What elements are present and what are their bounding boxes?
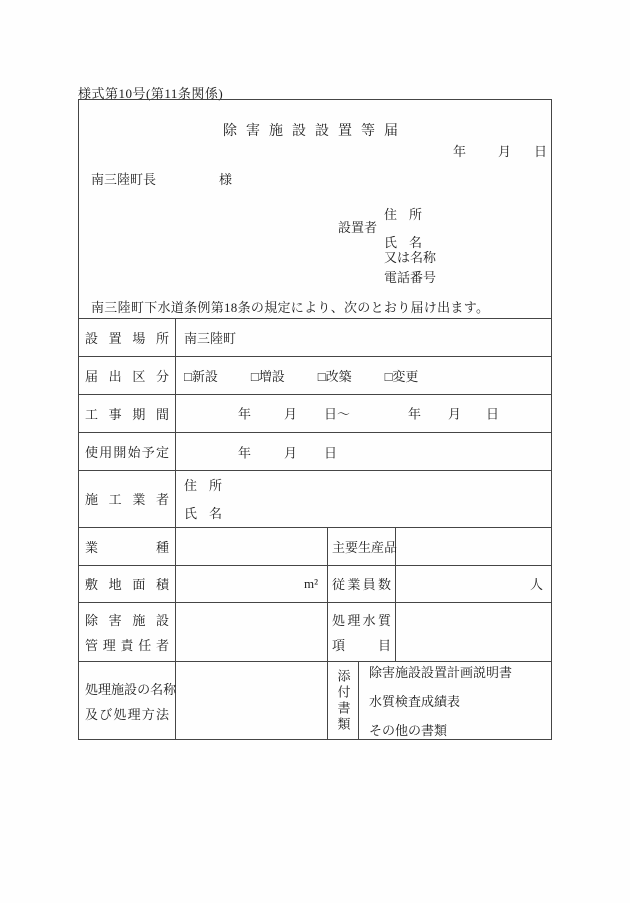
submission-date-line: 年 月 日	[79, 141, 551, 157]
applicant-phone-line: 電話番号	[384, 267, 436, 286]
site-area-value-cell: m²	[176, 566, 328, 603]
row-category: 届出区分 □新設 □増設 □改築 □変更	[79, 356, 551, 394]
start-use-label: 使用開始予定	[85, 442, 169, 461]
category-options-cell: □新設 □増設 □改築 □変更	[176, 357, 551, 394]
period-end-day: 日	[486, 404, 499, 423]
employees-label: 従業員数	[332, 574, 391, 593]
location-value-cell: 南三陸町	[176, 319, 551, 356]
start-use-month: 月	[284, 442, 297, 461]
manager-label-line1: 除害施設	[85, 610, 169, 629]
treatment-label-cell: 処理施設の名称 及び処理方法	[79, 662, 176, 739]
checkbox-option-expand: □増設	[251, 366, 285, 385]
employees-value-cell: 人	[396, 566, 551, 603]
attachments-label: 添付書類	[334, 669, 353, 733]
site-area-label: 敷地面積	[85, 574, 169, 593]
row-construction-period: 工事期間 年 月 日～ 年 月 日	[79, 394, 551, 433]
start-use-value-cell: 年 月 日	[176, 433, 551, 470]
main-product-label: 主要生産品	[332, 537, 391, 556]
applicant-label: 設置者	[338, 217, 377, 236]
start-use-day: 日	[324, 442, 337, 461]
period-value-cell: 年 月 日～ 年 月 日	[176, 395, 551, 433]
row-industry: 業種 主要生産品	[79, 527, 551, 565]
date-day-label: 日	[534, 141, 547, 160]
applicant-address-label: 住所	[384, 204, 422, 223]
attachments-list-cell: 除害施設設置計画説明書 水質検査成績表 その他の書類	[359, 662, 551, 739]
form-title: 除害施設設置等届	[79, 120, 551, 140]
document-page: 様式第10号(第11条関係) 除害施設設置等届 年 月 日 南三陸町長 様 設置…	[0, 0, 630, 903]
water-quality-label-cell: 処理水質 項目	[328, 603, 396, 661]
manager-label-line2: 管理責任者	[85, 635, 169, 654]
period-start-year: 年	[238, 404, 251, 423]
row-location: 設置場所 南三陸町	[79, 318, 551, 356]
declaration-sentence: 南三陸町下水道条例第18条の規定により、次のとおり届け出ます。	[91, 297, 489, 316]
date-month-label: 月	[498, 141, 511, 160]
applicant-name-alt-line: 又は名称	[384, 247, 436, 266]
industry-label-cell: 業種	[79, 528, 176, 565]
row-facility-manager: 除害施設 管理責任者 処理水質 項目	[79, 602, 551, 661]
location-value: 南三陸町	[184, 328, 236, 347]
water-quality-value-cell	[396, 603, 551, 661]
checkbox-option-rebuild: □改築	[318, 366, 352, 385]
water-quality-label-line1: 処理水質	[332, 610, 391, 629]
contractor-label-cell: 施工業者	[79, 471, 176, 527]
contractor-value-cell: 住所 氏名	[176, 471, 551, 527]
manager-label-cell: 除害施設 管理責任者	[79, 603, 176, 661]
attachment-item-other: その他の書類	[369, 720, 551, 739]
checkbox-option-new: □新設	[184, 366, 218, 385]
attachments-label-cell: 添付書類	[328, 662, 359, 739]
applicant-name-alt-label: 又は名称	[384, 250, 436, 265]
addressee-honorific: 様	[219, 169, 232, 188]
start-use-year: 年	[238, 442, 251, 461]
manager-value-cell	[176, 603, 328, 661]
employees-unit: 人	[530, 574, 543, 593]
treatment-label-line1: 処理施設の名称	[85, 679, 169, 698]
date-year-label: 年	[453, 141, 466, 160]
checkbox-option-change: □変更	[385, 366, 419, 385]
period-end-year: 年	[408, 404, 421, 423]
industry-value-cell	[176, 528, 328, 565]
addressee-line: 南三陸町長 様	[91, 169, 391, 185]
period-label: 工事期間	[85, 404, 169, 423]
industry-label: 業種	[85, 537, 169, 556]
addressee-name: 南三陸町長	[91, 169, 156, 188]
start-use-label-cell: 使用開始予定	[79, 433, 176, 470]
contractor-label: 施工業者	[85, 489, 169, 508]
form-table: 設置場所 南三陸町 届出区分 □新設 □増設 □改築 □変更	[79, 318, 551, 739]
attachment-item-test-report: 水質検査成績表	[369, 691, 551, 710]
period-start-day: 日～	[324, 404, 350, 423]
site-area-label-cell: 敷地面積	[79, 566, 176, 603]
row-start-of-use: 使用開始予定 年 月 日	[79, 432, 551, 470]
period-start-month: 月	[284, 404, 297, 423]
category-label: 届出区分	[85, 366, 169, 385]
category-label-cell: 届出区分	[79, 357, 176, 394]
treatment-value-cell	[176, 662, 328, 739]
water-quality-label-line2: 項目	[332, 635, 391, 654]
period-end-month: 月	[448, 404, 461, 423]
contractor-name-label: 氏名	[184, 503, 222, 522]
period-label-cell: 工事期間	[79, 395, 176, 433]
main-product-label-cell: 主要生産品	[328, 528, 396, 565]
treatment-label-line2: 及び処理方法	[85, 704, 169, 723]
applicant-phone-label: 電話番号	[384, 270, 436, 285]
applicant-address-line: 住所	[384, 204, 422, 223]
row-site-area: 敷地面積 m² 従業員数 人	[79, 565, 551, 603]
attachment-item-plan: 除害施設設置計画説明書	[369, 662, 551, 681]
location-label: 設置場所	[85, 328, 169, 347]
location-label-cell: 設置場所	[79, 319, 176, 356]
form-border-box: 除害施設設置等届 年 月 日 南三陸町長 様 設置者 住所 氏名 又は名称 電話…	[78, 99, 552, 740]
row-contractor: 施工業者 住所 氏名	[79, 470, 551, 527]
main-product-value-cell	[396, 528, 551, 565]
row-treatment-facility: 処理施設の名称 及び処理方法 添付書類 除害施設設置計画説明書 水質検査成績表 …	[79, 661, 551, 739]
contractor-address-label: 住所	[184, 475, 222, 494]
employees-label-cell: 従業員数	[328, 566, 396, 603]
site-area-unit: m²	[304, 576, 318, 592]
